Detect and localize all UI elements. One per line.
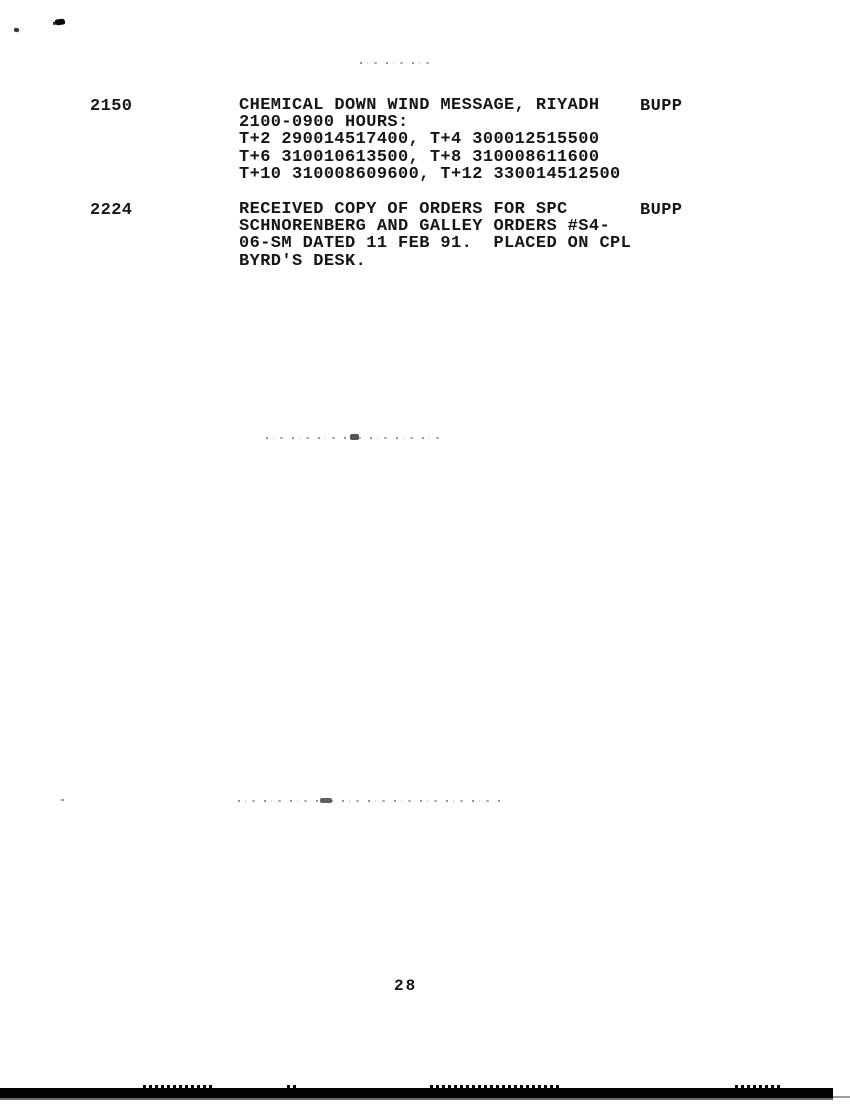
scan-bar-tail xyxy=(833,1096,850,1098)
entry-time: 2150 xyxy=(90,97,132,116)
entry-description: RECEIVED COPY OF ORDERS FOR SPC SCHNOREN… xyxy=(239,201,649,270)
entry-time: 2224 xyxy=(90,201,132,220)
scan-speck-icon xyxy=(14,28,20,33)
scan-bottom-bar xyxy=(0,1088,833,1100)
scan-bar-tick xyxy=(430,1085,560,1088)
scan-bar-tick xyxy=(735,1085,780,1088)
scan-mark-icon xyxy=(55,18,66,25)
document-page: 2150 CHEMICAL DOWN WIND MESSAGE, RIYADH … xyxy=(0,0,850,1107)
entry-initials: BUPP xyxy=(640,97,682,116)
scan-faint-line-top xyxy=(360,62,434,64)
entry-description: CHEMICAL DOWN WIND MESSAGE, RIYADH 2100-… xyxy=(239,97,649,183)
scan-speck-icon xyxy=(61,799,64,801)
entry-initials: BUPP xyxy=(640,201,682,220)
scan-faint-line-lower xyxy=(238,800,502,802)
scan-bar-tick xyxy=(287,1085,299,1088)
page-number: 28 xyxy=(394,977,417,995)
scan-speck-icon xyxy=(320,798,332,803)
scan-bar-tick xyxy=(143,1085,215,1088)
scan-speck-icon xyxy=(350,434,359,440)
